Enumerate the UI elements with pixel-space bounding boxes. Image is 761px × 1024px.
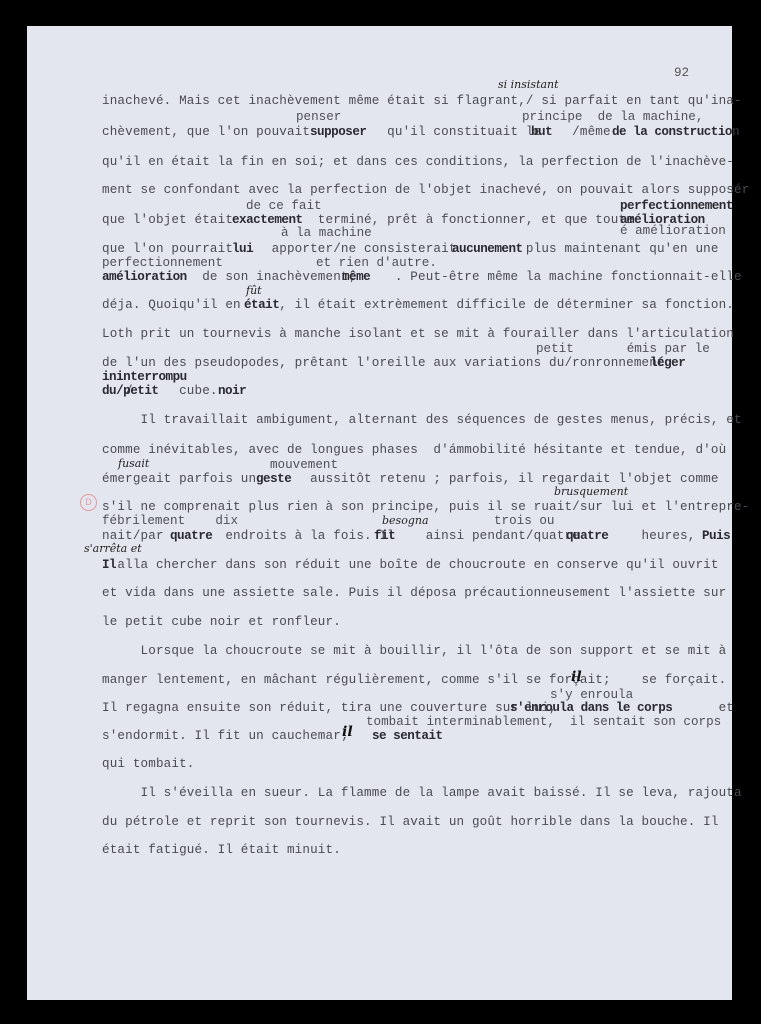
- text-line: ment se confondant avec la perfection de…: [102, 183, 749, 197]
- stamp-mark: D: [80, 494, 97, 511]
- page-number: 92: [674, 66, 689, 80]
- handwritten-insertion: fût: [246, 284, 262, 297]
- handwritten-insertion: il: [342, 724, 353, 740]
- text-line: et vida dans une assiette sale. Puis il …: [102, 586, 726, 600]
- handwritten-insertion: si insistant: [498, 78, 559, 91]
- text-line: qui tombait.: [102, 757, 195, 771]
- typed-insertion: perfectionnement: [102, 256, 223, 270]
- text-line: du pétrole et reprit son tournevis. Il a…: [102, 815, 719, 829]
- text-line: qu'il en était la fin en soi; et dans ce…: [102, 155, 734, 169]
- struck-text: même: [342, 270, 370, 284]
- struck-text: se sentait: [372, 729, 443, 743]
- struck-text: lui: [232, 242, 253, 256]
- handwritten-insertion: s'arrêta et: [84, 542, 142, 555]
- struck-text: du/petit: [102, 384, 158, 398]
- typed-insertion: de ce fait: [246, 199, 322, 213]
- struck-text: exactement: [232, 213, 303, 227]
- struck-text: était: [244, 298, 279, 312]
- text-line: que l'on pourrait apporter/ne consistera…: [102, 242, 719, 256]
- handwritten-insertion: fusait: [118, 457, 149, 470]
- typed-insertion: petit émis par le: [536, 342, 710, 356]
- text-line: inachevé. Mais cet inachèvement même éta…: [102, 94, 742, 108]
- text-line: comme inévitables, avec de longues phase…: [102, 443, 726, 457]
- typed-insertion: penser: [296, 110, 341, 124]
- text-line: de l'un des pseudopodes, prêtant l'oreil…: [102, 356, 665, 370]
- text-line: que l'objet était terminé, prêt à foncti…: [102, 213, 634, 227]
- text-line: Loth prit un tournevis à manche isolant …: [102, 327, 734, 341]
- text-line: était fatigué. Il était minuit.: [102, 843, 341, 857]
- text-line: s'endormit. Il fit un cauchemar;: [102, 729, 349, 743]
- struck-text: quatre: [170, 529, 212, 543]
- text-line: manger lentement, en mâchant régulièreme…: [102, 673, 726, 687]
- struck-text: noir: [218, 384, 246, 398]
- struck-text: Puis: [702, 529, 730, 543]
- typed-insertion: mouvement: [270, 458, 338, 472]
- text-line: de son inachèvement; . Peut-être même la…: [102, 270, 742, 284]
- struck-text: but: [531, 125, 552, 139]
- text-line: alla chercher dans son réduit une boîte …: [102, 558, 719, 572]
- typed-insertion: principe de la machine,: [522, 110, 703, 124]
- handwritten-insertion: besogna: [382, 514, 429, 527]
- text-line: Il s'éveilla en sueur. La flamme de la l…: [102, 786, 742, 800]
- struck-text: amélioration: [102, 270, 187, 284]
- struck-text: supposer: [310, 125, 366, 139]
- typed-insertion: à la machine: [281, 226, 372, 240]
- text-line: Il travaillait ambigument, alternant des…: [102, 413, 742, 427]
- text-line: s'il ne comprenait plus rien à son princ…: [102, 500, 749, 514]
- typed-insertion: fébrilement dix: [102, 514, 238, 528]
- struck-text: de la construction: [612, 125, 739, 139]
- struck-text: perfectionnement: [620, 199, 733, 213]
- typed-insertion: s'y enroula: [550, 688, 633, 702]
- text-line: le petit cube noir et ronfleur.: [102, 615, 341, 629]
- handwritten-insertion: brusquement: [554, 485, 628, 498]
- struck-text: quatre: [566, 529, 608, 543]
- struck-text: s'enroula dans le corps: [510, 701, 672, 715]
- struck-text: Il: [102, 558, 116, 572]
- struck-text: fit: [374, 529, 395, 543]
- typed-insertion: et rien d'autre.: [316, 256, 437, 270]
- text-line: émergeait parfois un aussitôt retenu ; p…: [102, 472, 719, 486]
- struck-text: léger: [650, 356, 685, 370]
- struck-text: geste: [256, 472, 291, 486]
- text-line: déja. Quoiqu'il en , il était extrèmemen…: [102, 298, 734, 312]
- struck-text: ininterrompu: [102, 370, 187, 384]
- typed-insertion: é amélioration: [620, 224, 726, 238]
- handwritten-insertion: il: [571, 669, 582, 685]
- typed-insertion: tombait interminablement, il sentait son…: [366, 715, 721, 729]
- typed-insertion: trois ou: [494, 514, 554, 528]
- text-line: Lorsque la choucroute se mit à bouillir,…: [102, 644, 726, 658]
- struck-text: aucunement: [452, 242, 523, 256]
